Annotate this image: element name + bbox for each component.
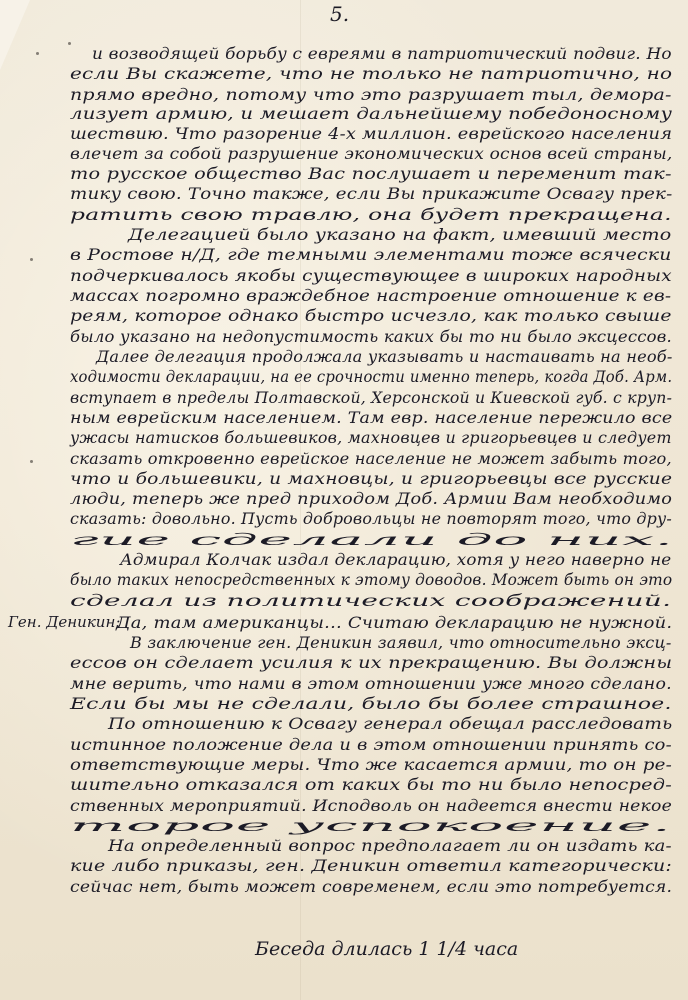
text-line: В заключение ген. Деникин заявил, что от… [130, 633, 672, 652]
text-line: сейчас нет, быть может современем, если … [70, 877, 672, 896]
text-line: Если бы мы не сделали, было бы более стр… [70, 694, 672, 713]
text-line: мне верить, что нами в этом отношении уж… [70, 674, 672, 693]
text-line: сказать откровенно еврейское население н… [70, 449, 672, 468]
paper-speck [30, 258, 33, 261]
text-line: Адмирал Колчак издал декларацию, хотя у … [120, 550, 671, 569]
text-line: ессов он сделает усилия к их прекращению… [70, 653, 672, 672]
text-line: если Вы скажете, что не только не патрио… [70, 64, 672, 83]
text-line: ответствующие меры. Что же касается арми… [70, 755, 672, 774]
text-line: прямо вредно, потому что это разрушает т… [70, 85, 672, 104]
text-line: то русское общество Вас послушает и пере… [70, 164, 672, 183]
text-line: было таких непосредственных к этому дово… [70, 570, 672, 589]
text-line: было указано на недопустимость каких бы … [70, 327, 672, 346]
text-line: что и большевики, и махновцы, и григорье… [70, 469, 672, 488]
text-line: тику свою. Точно также, если Вы прикажит… [70, 184, 673, 203]
text-line: По отношению к Освагу генерал обещал рас… [108, 714, 672, 733]
text-line: кие либо приказы, ген. Деникин ответил к… [70, 856, 672, 875]
text-line: реям, которое однако быстро исчезло, как… [70, 306, 672, 325]
text-line: ужасы натисков большевиков, махновцев и … [70, 428, 672, 447]
text-line: торое успокоение. [70, 816, 671, 835]
document-page: 5. и возводящей борьбу с евреями в патри… [0, 0, 688, 1000]
text-line: шествию. Что разорение 4-х миллион. евре… [70, 124, 672, 143]
paper-speck [30, 460, 33, 463]
text-line: Далее делегация продолжала указывать и н… [96, 347, 673, 366]
speaker-label: Ген. Деникин: [8, 613, 120, 631]
text-line: подчеркивалось якобы существующее в широ… [70, 266, 672, 285]
text-line: сказать: довольно. Пусть добровольцы не … [70, 509, 672, 528]
page-number: 5. [330, 2, 349, 26]
text-line: ратить свою травлю, она будет прекращена… [70, 205, 672, 224]
text-line: истинное положение дела и в этом отношен… [70, 735, 672, 754]
text-line: в Ростове н/Д, где темными элементами то… [70, 245, 672, 264]
text-line: гие сделали до них. [70, 530, 674, 549]
closing-note: Беседа длилась 1 1/4 часа [255, 938, 518, 960]
text-line: массах погромно враждебное настроение от… [70, 286, 671, 305]
text-line: и возводящей борьбу с евреями в патриоти… [92, 44, 672, 63]
text-line: ным еврейским населением. Там евр. насел… [70, 408, 672, 427]
text-line: сделал из политических соображений. [70, 591, 671, 610]
text-line: влечет за собой разрушение экономических… [70, 144, 672, 163]
text-line: На определенный вопрос предполагает ли о… [108, 836, 672, 855]
text-line: люди, теперь же пред приходом Доб. Армии… [70, 489, 672, 508]
text-line: Да, там американцы... Считаю декларацию … [116, 613, 672, 632]
text-line: вступает в пределы Полтавской, Херсонско… [70, 388, 672, 407]
text-line: лизует армию, и мешает дальнейшему побед… [70, 104, 672, 123]
text-line: шительно отказался от каких бы то ни был… [70, 775, 672, 794]
paper-speck [36, 52, 39, 55]
text-line: Делегацией было указано на факт, имевший… [128, 225, 671, 244]
text-line: ходимости декларации, на ее срочности им… [70, 367, 672, 386]
paper-speck [68, 42, 71, 45]
folded-corner [0, 0, 30, 70]
text-line: ственных мероприятий. Исподволь он надее… [70, 796, 672, 815]
